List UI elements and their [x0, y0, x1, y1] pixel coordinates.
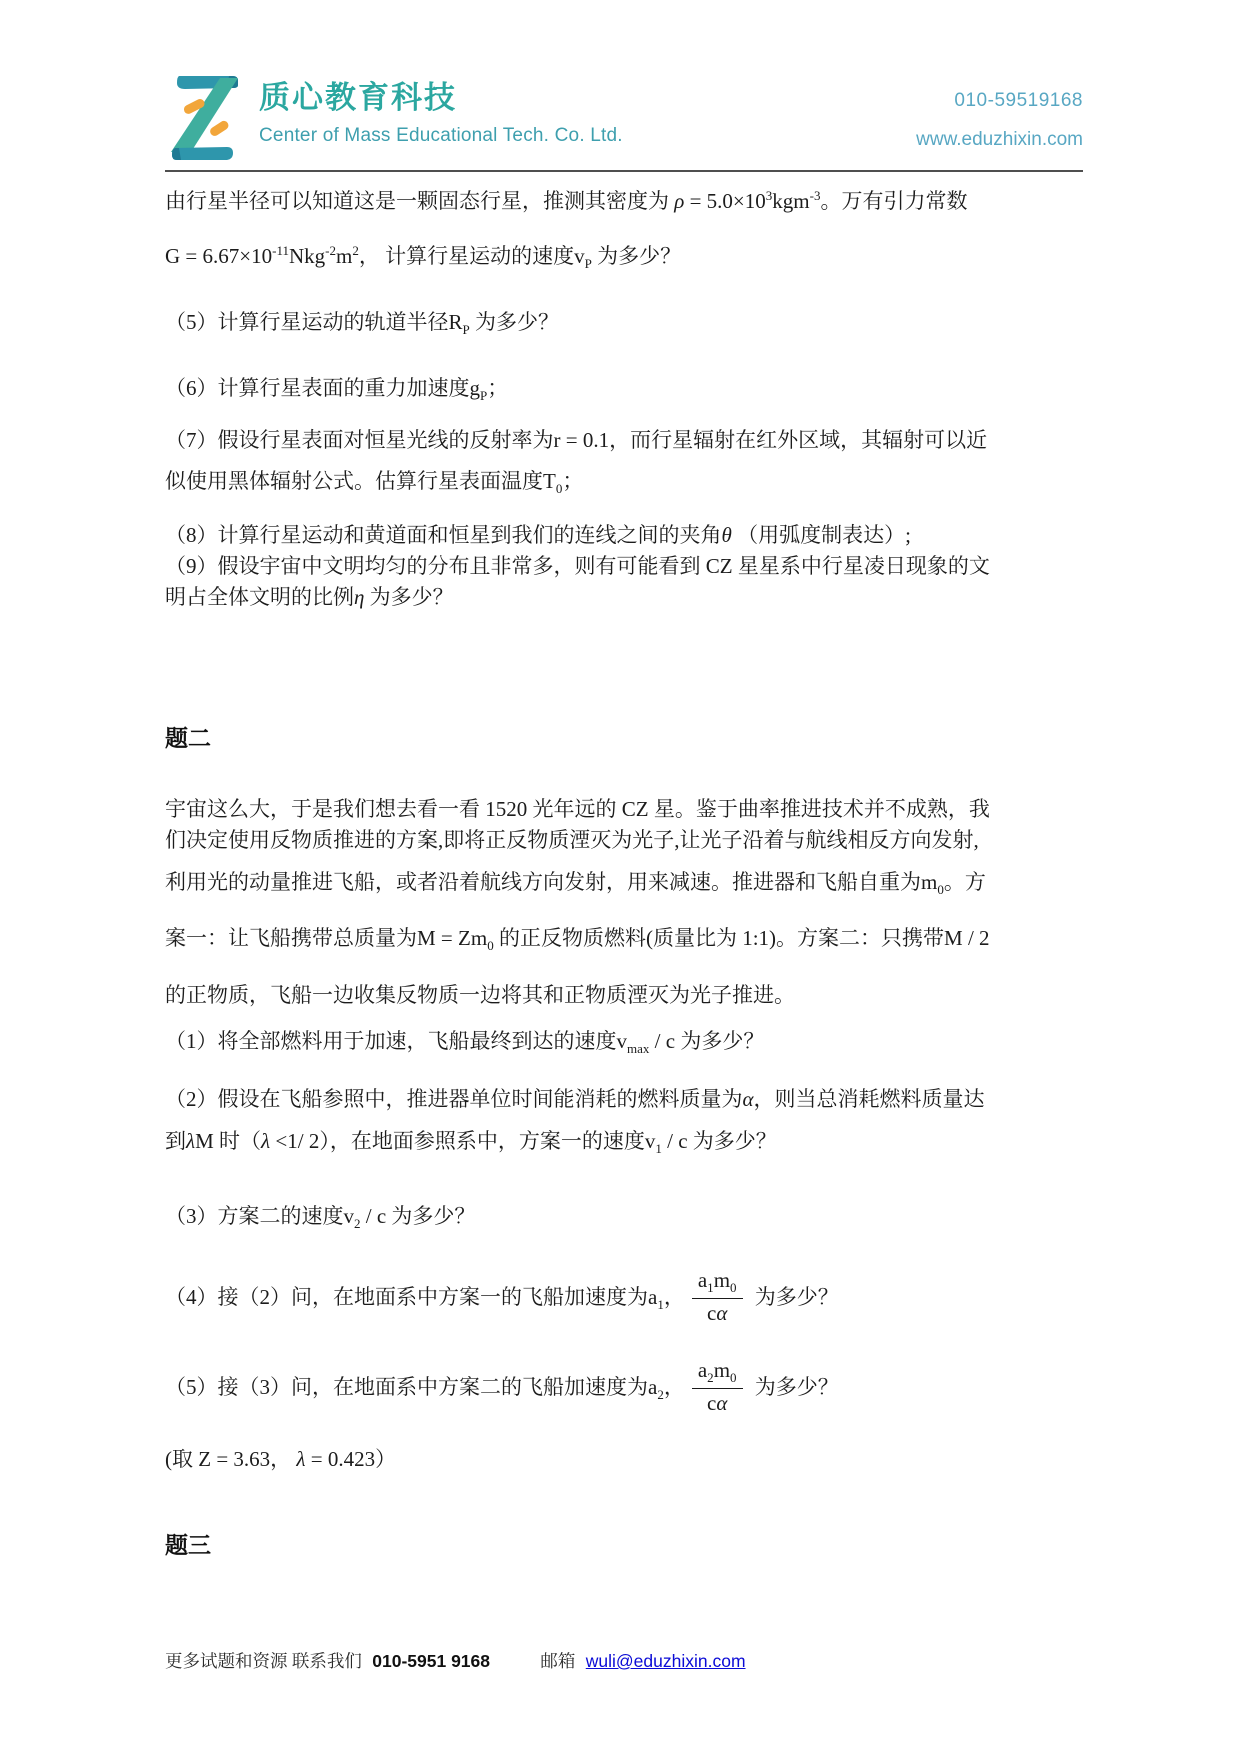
text-line: G = 6.67×10-11Nkg-2m2， 计算行星运动的速度vP 为多少？: [165, 235, 1083, 279]
footer-contact-label: 联系我们: [292, 1651, 362, 1671]
text-line: 案一：让飞船携带总质量为M = Zm0 的正反物质燃料(质量比为 1:1)。方案…: [165, 923, 1083, 961]
header: 质心教育科技 Center of Mass Educational Tech. …: [165, 72, 1083, 164]
text-line: （7）假设行星表面对恒星光线的反射率为r = 0.1，而行星辐射在红外区域，其辐…: [165, 425, 1083, 456]
footer-info: 更多试题和资源: [165, 1651, 288, 1671]
fraction: a2m0cα: [692, 1357, 743, 1417]
header-divider: [165, 170, 1083, 172]
text-line: （5）计算行星运动的轨道半径RP 为多少？: [165, 307, 1083, 345]
text-line: 们决定使用反物质推进的方案,即将正反物质湮灭为光子,让光子沿着与航线相反方向发射…: [165, 825, 1083, 856]
document-body: 由行星半径可以知道这是一颗固态行星，推测其密度为 ρ = 5.0×103kgm-…: [165, 180, 1083, 1561]
text-line: 明占全体文明的比例η 为多少？: [165, 582, 1083, 613]
section-heading: 题三: [165, 1530, 1083, 1561]
text-line: 的正物质，飞船一边收集反物质一边将其和正物质湮灭为光子推进。: [165, 980, 1083, 1011]
section-heading: 题二: [165, 723, 1083, 754]
brand-name: 质心教育科技: [259, 80, 623, 116]
footer-phone: 010-5951 9168: [372, 1651, 490, 1671]
text-line: （5）接（3）问，在地面系中方案二的飞船加速度为a2，a2m0cα 为多少？: [165, 1359, 1083, 1419]
footer: 更多试题和资源 联系我们 010-5951 9168 邮箱 wuli@eduzh…: [165, 1648, 746, 1673]
text-line: 由行星半径可以知道这是一颗固态行星，推测其密度为 ρ = 5.0×103kgm-…: [165, 180, 1083, 217]
text-line: 似使用黑体辐射公式。估算行星表面温度T0；: [165, 466, 1083, 504]
brand-subtitle: Center of Mass Educational Tech. Co. Ltd…: [259, 125, 623, 147]
footer-email-link[interactable]: wuli@eduzhixin.com: [586, 1651, 746, 1671]
text-line: 到λM 时（λ <1/ 2），在地面参照系中，方案一的速度v1 / c 为多少？: [165, 1126, 1083, 1164]
text-line: （9）假设宇宙中文明均匀的分布且非常多，则有可能看到 CZ 星星系中行星凌日现象…: [165, 551, 1083, 582]
footer-email-label: 邮箱: [540, 1651, 575, 1671]
text-line: 利用光的动量推进飞船，或者沿着航线方向发射，用来减速。推进器和飞船自重为m0。方: [165, 867, 1083, 905]
text-line: （1）将全部燃料用于加速，飞船最终到达的速度vmax / c 为多少？: [165, 1026, 1083, 1064]
brand-logo-icon: [165, 72, 243, 164]
header-website: www.eduzhixin.com: [916, 129, 1083, 151]
text-line: （3）方案二的速度v2 / c 为多少？: [165, 1201, 1083, 1239]
text-line: （2）假设在飞船参照中，推进器单位时间能消耗的燃料质量为α，则当总消耗燃料质量达: [165, 1084, 1083, 1115]
text-line: (取 Z = 3.63， λ = 0.423）: [165, 1444, 1083, 1475]
document-page: 质心教育科技 Center of Mass Educational Tech. …: [0, 0, 1241, 1754]
text-line: （6）计算行星表面的重力加速度gP；: [165, 373, 1083, 411]
fraction: a1m0cα: [692, 1267, 743, 1327]
text-line: （8）计算行星运动和黄道面和恒星到我们的连线之间的夹角θ （用弧度制表达）;: [165, 520, 1083, 551]
text-line: （4）接（2）问，在地面系中方案一的飞船加速度为a1，a1m0cα 为多少？: [165, 1269, 1083, 1329]
text-line: 宇宙这么大，于是我们想去看一看 1520 光年远的 CZ 星。鉴于曲率推进技术并…: [165, 794, 1083, 825]
header-phone: 010-59519168: [916, 90, 1083, 112]
